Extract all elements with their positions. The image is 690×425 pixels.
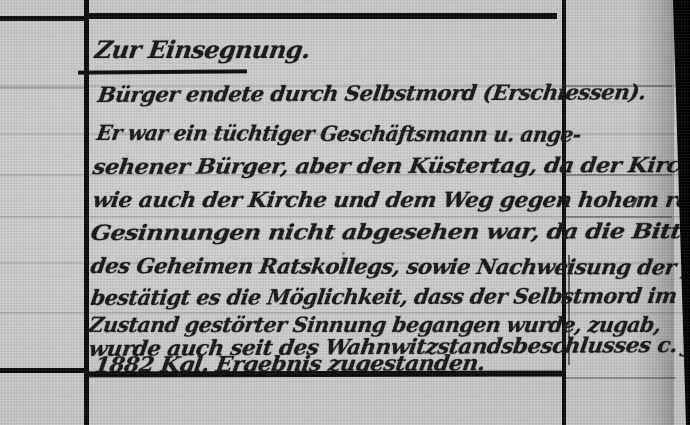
row-rule-bottom-left-margin	[0, 368, 87, 373]
row-rule-top	[87, 13, 557, 19]
column-rule-right	[562, 0, 566, 425]
manuscript-line: des Geheimen Ratskollegs, sowie Nachweis…	[89, 255, 690, 278]
faint-rule-margin-segment	[0, 87, 84, 89]
entry-heading: Zur Einsegnung.	[93, 38, 311, 62]
manuscript-line: wie auch der Kirche und dem Weg gegen ho…	[92, 189, 690, 210]
scanned-register-page: Zur Einsegnung. Bürger endete durch Selb…	[0, 0, 690, 425]
page-edge-shading	[634, 0, 674, 425]
manuscript-line: Er war ein tüchtiger Geschäftsmann u. an…	[95, 122, 582, 145]
entry-closing-underline	[87, 371, 566, 378]
ink-speck	[342, 252, 345, 255]
column-rule-left	[84, 0, 89, 425]
row-rule-top-left-margin	[0, 16, 86, 21]
heading-underline	[78, 69, 247, 74]
manuscript-line: Gesinnungen nicht abgesehen war, da die …	[90, 220, 690, 243]
manuscript-line: sehener Bürger, aber den Küstertag, da d…	[92, 154, 690, 177]
manuscript-line: bestätigt es die Möglichkeit, dass der S…	[90, 285, 678, 308]
manuscript-line: Bürger endete durch Selbstmord (Erschies…	[97, 81, 648, 105]
